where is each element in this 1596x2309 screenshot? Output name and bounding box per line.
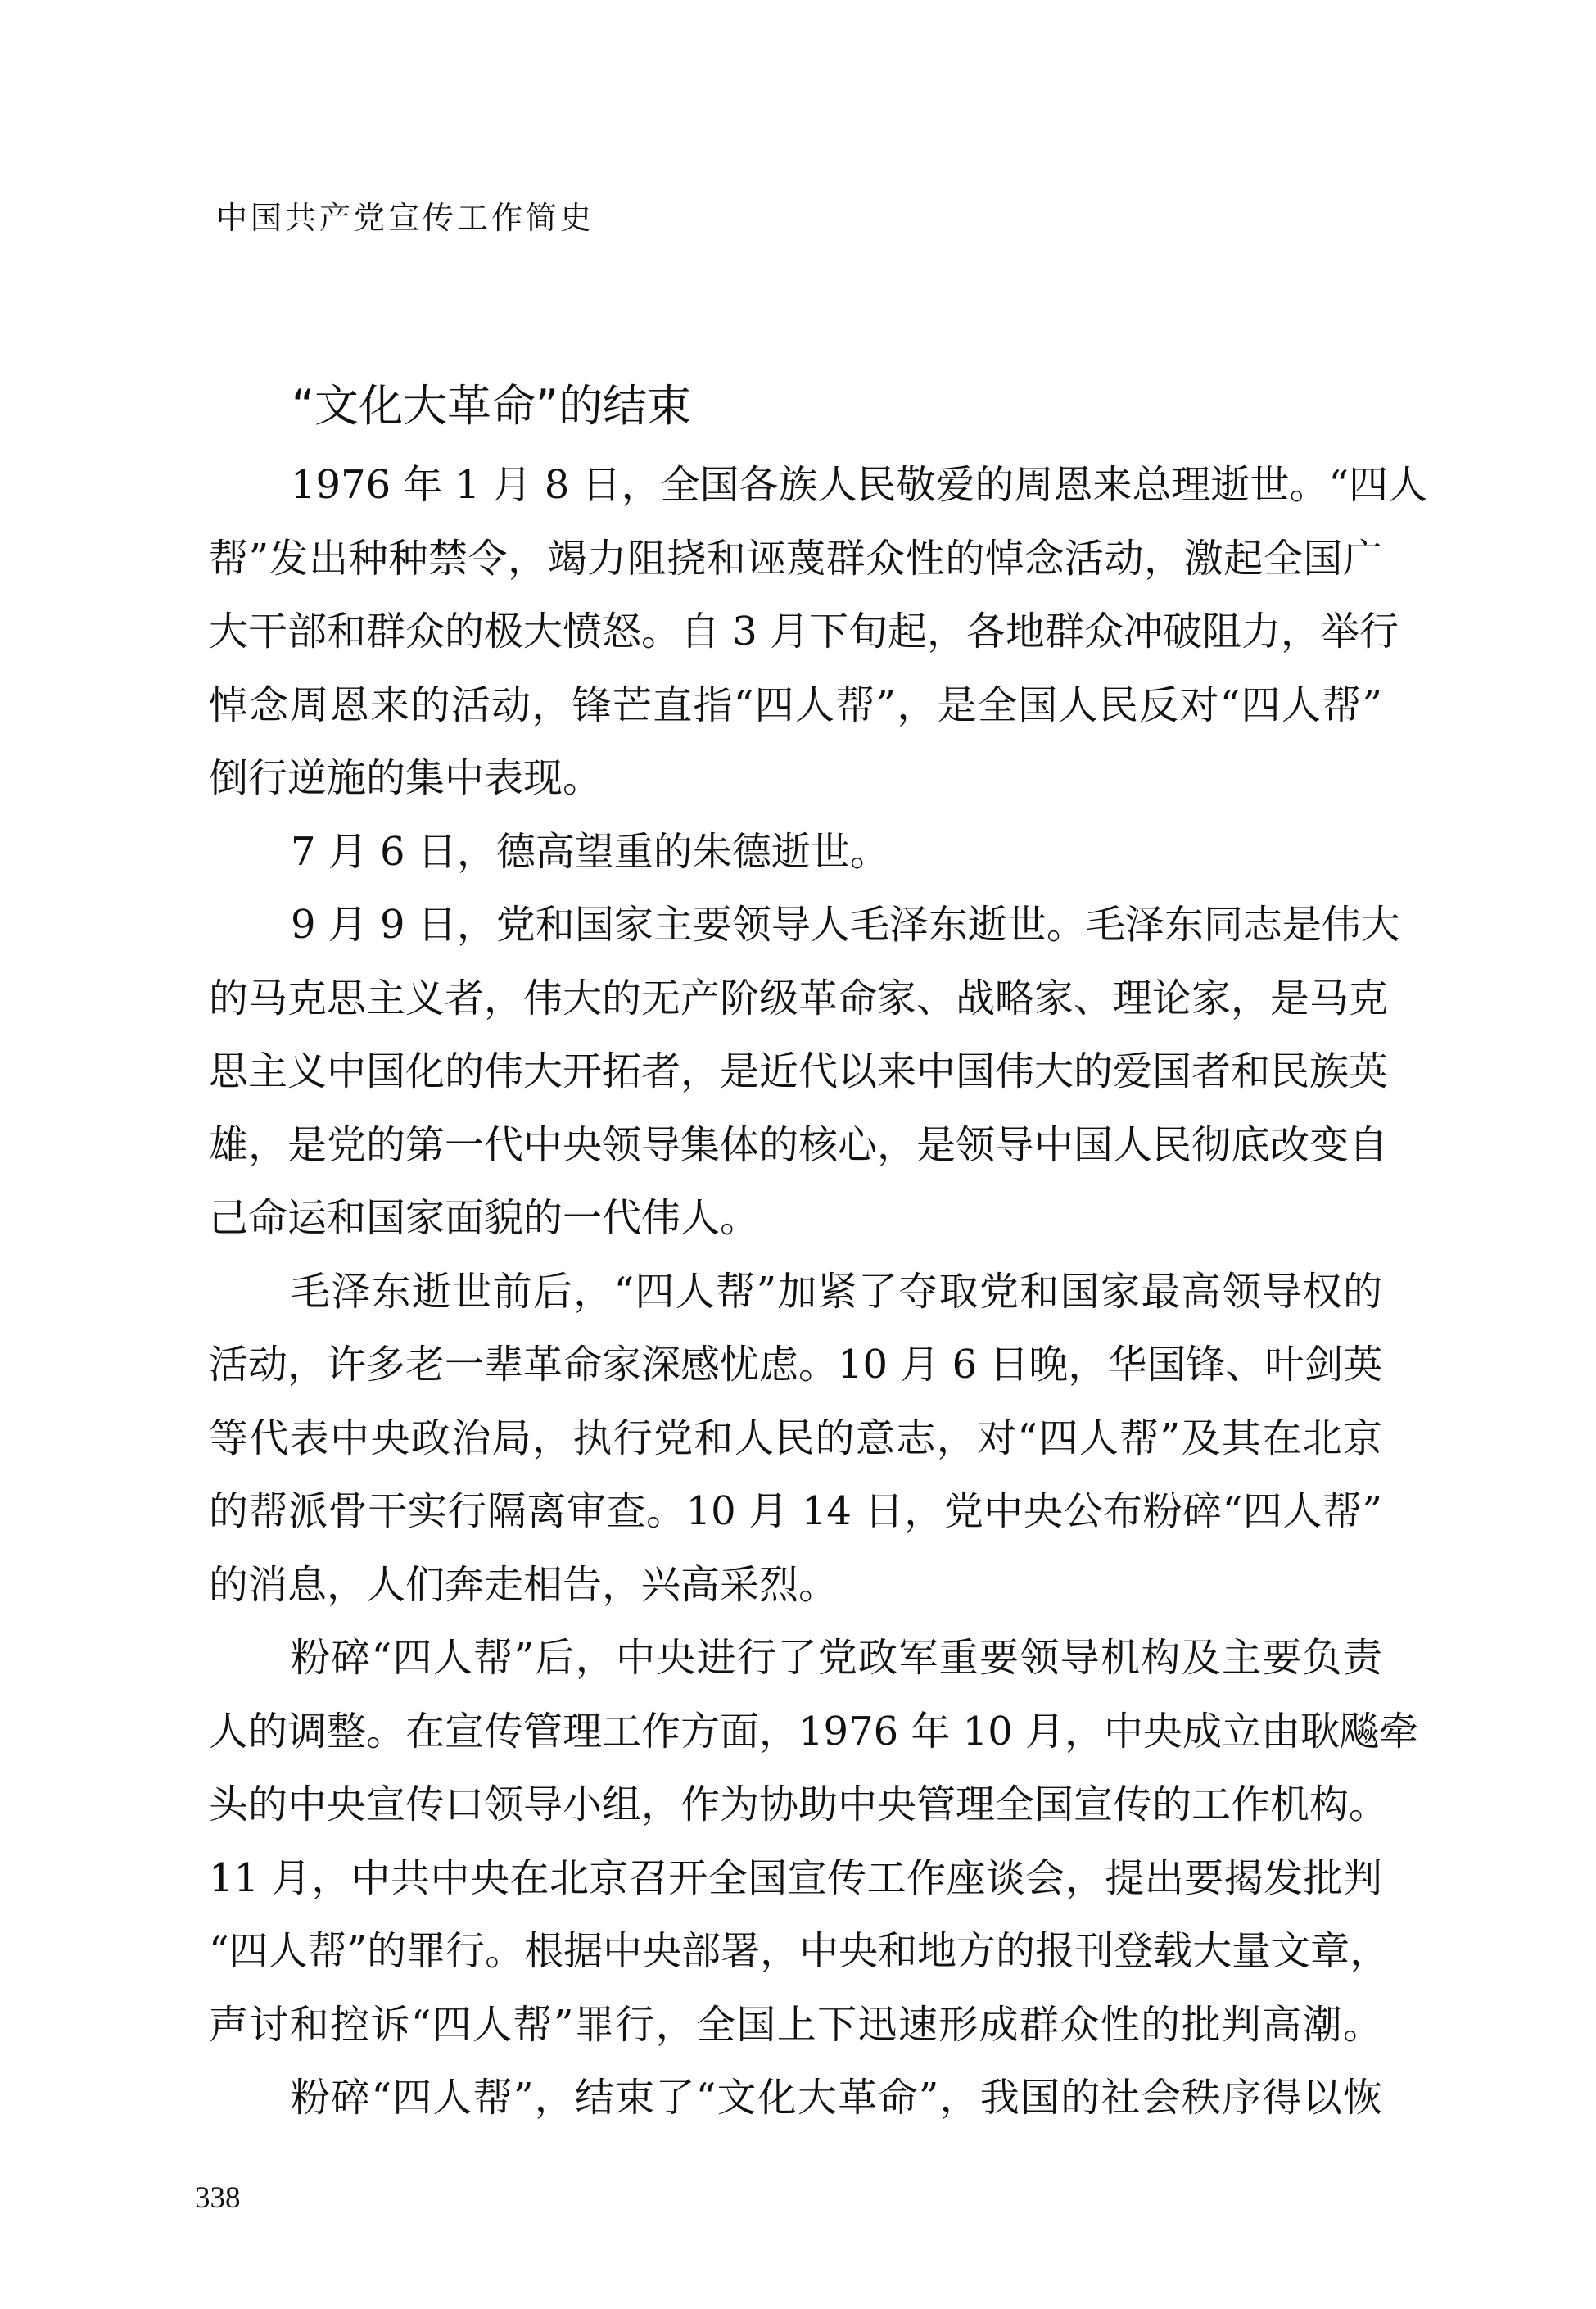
paragraph-line: “四人帮”的罪行。根据中央部署，中央和地方的报刊登载大量文章，: [209, 1915, 1382, 1989]
paragraph-4: 毛泽东逝世前后，“四人帮”加紧了夺取党和国家最高领导权的 活动，许多老一辈革命家…: [209, 1256, 1382, 1623]
paragraph-line: 9 月 9 日，党和国家主要领导人毛泽东逝世。毛泽东同志是伟大: [209, 889, 1382, 962]
paragraph-line: 的马克思主义者，伟大的无产阶级革命家、战略家、理论家，是马克: [209, 962, 1382, 1036]
paragraph-5: 粉碎“四人帮”后，中央进行了党政军重要领导机构及主要负责 人的调整。在宣传管理工…: [209, 1622, 1382, 2062]
paragraph-line: 头的中央宣传口领导小组，作为协助中央管理全国宣传的工作机构。: [209, 1768, 1382, 1842]
paragraph-line: 7 月 6 日，德高望重的朱德逝世。: [209, 816, 1382, 890]
paragraph-line: 人的调整。在宣传管理工作方面，1976 年 10 月，中央成立由耿飚牵: [209, 1696, 1382, 1769]
paragraph-line: 的帮派骨干实行隔离审查。10 月 14 日，党中央公布粉碎“四人帮”: [209, 1475, 1382, 1549]
paragraph-line: 悼念周恩来的活动，锋芒直指“四人帮”，是全国人民反对“四人帮”: [209, 669, 1382, 743]
paragraph-line: 思主义中国化的伟大开拓者，是近代以来中国伟大的爱国者和民族英: [209, 1035, 1382, 1109]
paragraph-line: 粉碎“四人帮”，结束了“文化大革命”，我国的社会秩序得以恢: [209, 2062, 1382, 2135]
paragraph-line: 倒行逆施的集中表现。: [209, 742, 1382, 816]
body-text: 1976 年 1 月 8 日，全国各族人民敬爱的周恩来总理逝世。“四人 帮”发出…: [209, 449, 1382, 2135]
paragraph-2: 7 月 6 日，德高望重的朱德逝世。: [209, 816, 1382, 890]
paragraph-line: 1976 年 1 月 8 日，全国各族人民敬爱的周恩来总理逝世。“四人: [209, 449, 1382, 523]
paragraph-6: 粉碎“四人帮”，结束了“文化大革命”，我国的社会秩序得以恢: [209, 2062, 1382, 2135]
paragraph-line: 等代表中央政治局，执行党和人民的意志，对“四人帮”及其在北京: [209, 1402, 1382, 1476]
paragraph-line: 粉碎“四人帮”后，中央进行了党政军重要领导机构及主要负责: [209, 1622, 1382, 1696]
paragraph-line: 帮”发出种种禁令，竭力阻挠和诬蔑群众性的悼念活动，激起全国广: [209, 523, 1382, 596]
paragraph-line: 活动，许多老一辈革命家深感忧虑。10 月 6 日晚，华国锋、叶剑英: [209, 1329, 1382, 1402]
paragraph-line: 11 月，中共中央在北京召开全国宣传工作座谈会，提出要揭发批判: [209, 1842, 1382, 1916]
paragraph-line: 大干部和群众的极大愤怒。自 3 月下旬起，各地群众冲破阻力，举行: [209, 595, 1382, 669]
paragraph-3: 9 月 9 日，党和国家主要领导人毛泽东逝世。毛泽东同志是伟大 的马克思主义者，…: [209, 889, 1382, 1256]
paragraph-line: 毛泽东逝世前后，“四人帮”加紧了夺取党和国家最高领导权的: [209, 1256, 1382, 1329]
page-number: 338: [195, 2182, 241, 2215]
paragraph-line: 雄，是党的第一代中央领导集体的核心，是领导中国人民彻底改变自: [209, 1109, 1382, 1183]
paragraph-line: 的消息，人们奔走相告，兴高采烈。: [209, 1549, 1382, 1623]
section-title: “文化大革命”的结束: [292, 380, 691, 432]
paragraph-1: 1976 年 1 月 8 日，全国各族人民敬爱的周恩来总理逝世。“四人 帮”发出…: [209, 449, 1382, 816]
paragraph-line: 声讨和控诉“四人帮”罪行，全国上下迅速形成群众性的批判高潮。: [209, 1989, 1382, 2062]
paragraph-line: 己命运和国家面貌的一代伟人。: [209, 1182, 1382, 1256]
running-head-book-title: 中国共产党宣传工作简史: [216, 200, 595, 236]
